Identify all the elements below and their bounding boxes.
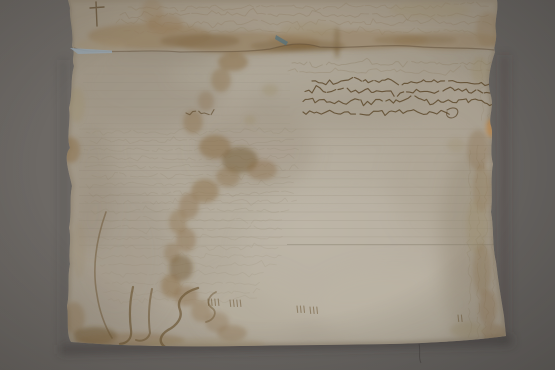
vignette-overlay — [0, 0, 555, 370]
parchment-photo — [0, 0, 555, 370]
auction-photo — [0, 0, 555, 370]
